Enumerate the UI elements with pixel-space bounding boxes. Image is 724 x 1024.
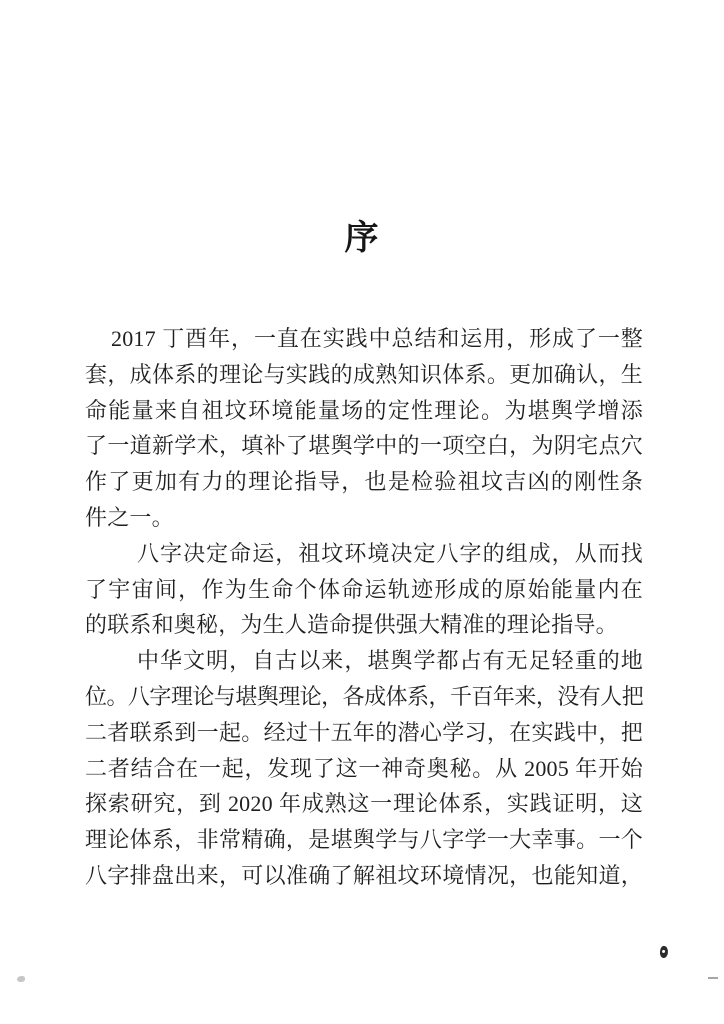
paragraph: 2017 丁酉年，一直在实践中总结和运用，形成了一整 套，成体系的理论与实践的成…	[85, 321, 643, 536]
page-title: 序	[0, 210, 724, 259]
ink-speck-faint	[17, 976, 25, 982]
text-line: 的联系和奥秘，为生人造命提供强大精准的理论指导。	[85, 607, 643, 643]
text-line: 2017 丁酉年，一直在实践中总结和运用，形成了一整	[85, 321, 643, 357]
text-line: 二者联系到一起。经过十五年的潜心学习，在实践中，把	[85, 715, 643, 751]
text-line: 位。八字理论与堪舆理论，各成体系，千百年来，没有人把	[85, 679, 643, 715]
paragraph: 中华文明，自古以来，堪舆学都占有无足轻重的地 位。八字理论与堪舆理论，各成体系，…	[85, 643, 643, 894]
edge-dash-mark	[708, 977, 718, 979]
text-line: 命能量来自祖坟环境能量场的定性理论。为堪舆学增添	[85, 393, 643, 429]
text-line: 探索研究，到 2020 年成熟这一理论体系，实践证明，这一	[85, 786, 643, 822]
text-line: 八字决定命运，祖坟环境决定八字的组成，从而找到	[85, 536, 643, 572]
scanned-book-page: 序 2017 丁酉年，一直在实践中总结和运用，形成了一整 套，成体系的理论与实践…	[0, 0, 724, 1024]
text-line: 理论体系，非常精确，是堪舆学与八字学一大幸事。一个	[85, 822, 643, 858]
body-text: 2017 丁酉年，一直在实践中总结和运用，形成了一整 套，成体系的理论与实践的成…	[85, 321, 643, 894]
ink-speck	[659, 946, 669, 959]
text-line: 八字排盘出来，可以准确了解祖坟环境情况，也能知道，	[85, 858, 643, 894]
text-line: 中华文明，自古以来，堪舆学都占有无足轻重的地	[85, 643, 643, 679]
text-line: 件之一。	[85, 500, 643, 536]
text-line: 套，成体系的理论与实践的成熟知识体系。更加确认，生	[85, 357, 643, 393]
paragraph: 八字决定命运，祖坟环境决定八字的组成，从而找到 了宇宙间，作为生命个体命运轨迹形…	[85, 536, 643, 643]
text-line: 了一道新学术，填补了堪舆学中的一项空白，为阴宅点穴	[85, 428, 643, 464]
text-line: 了宇宙间，作为生命个体命运轨迹形成的原始能量内在	[85, 572, 643, 608]
text-line: 二者结合在一起，发现了这一神奇奥秘。从 2005 年开始	[85, 751, 643, 787]
text-line: 作了更加有力的理论指导，也是检验祖坟吉凶的刚性条	[85, 464, 643, 500]
